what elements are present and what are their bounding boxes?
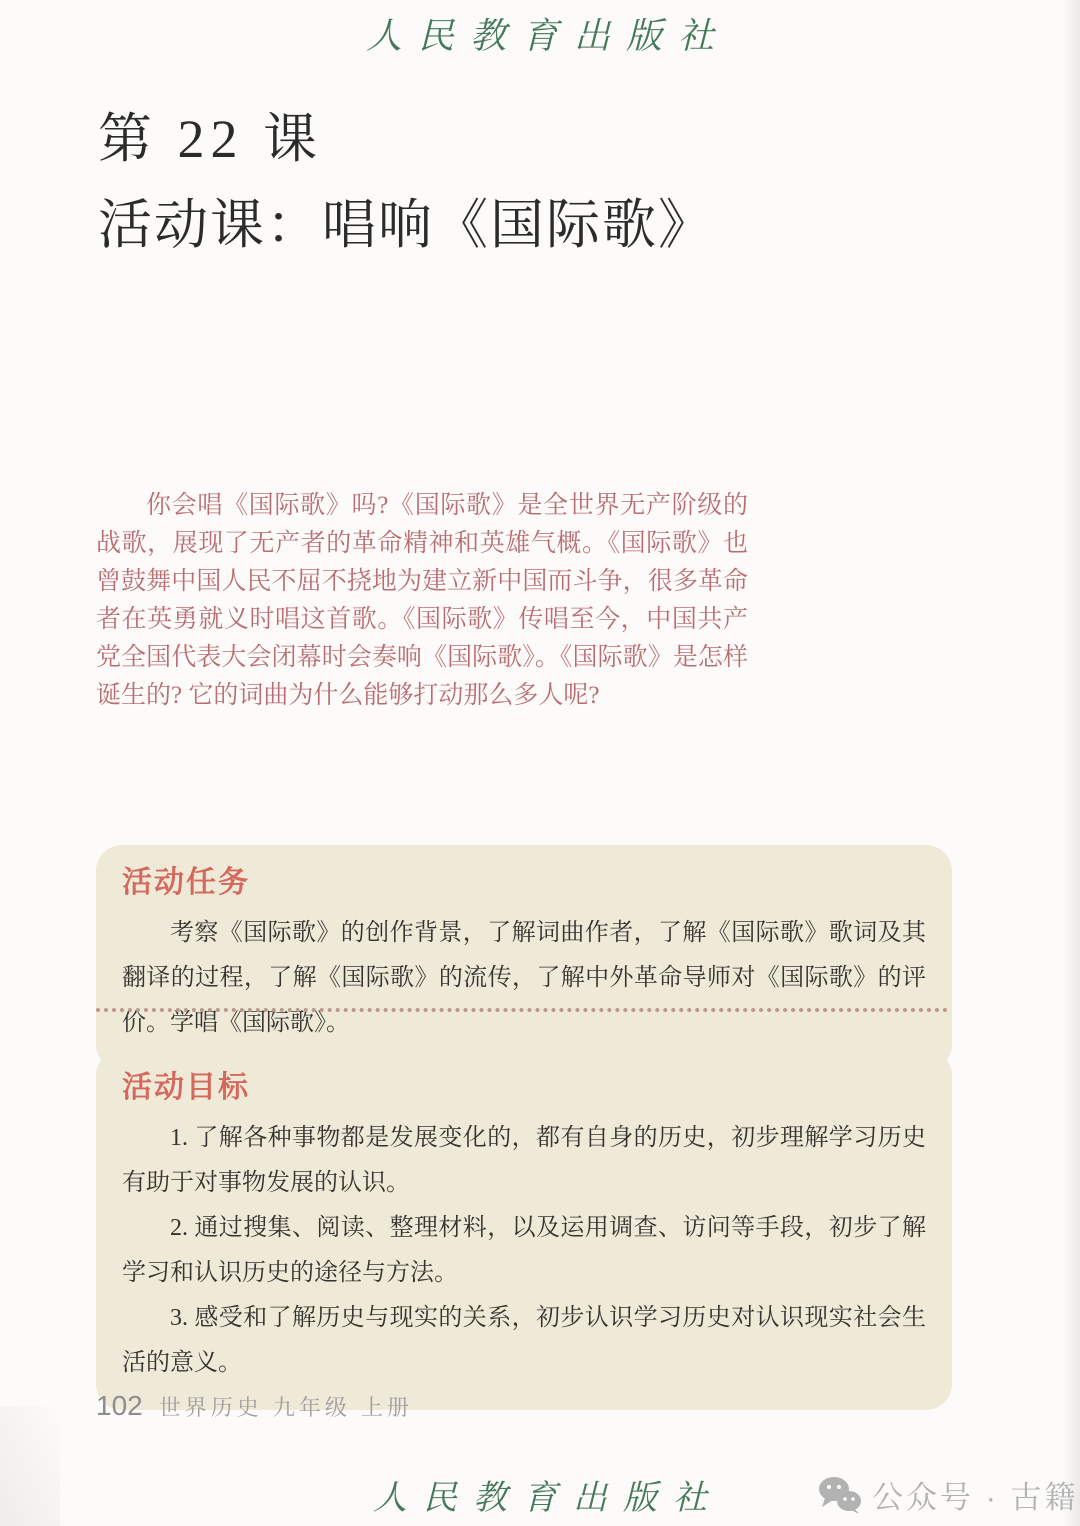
lesson-number: 第 22 课	[98, 104, 858, 174]
activity-goal-item-3: 3. 感受和了解历史与现实的关系，初步认识学习历史对认识现实社会生活的意义。	[122, 1296, 926, 1386]
activity-goal-item-2: 2. 通过搜集、阅读、整理材料，以及运用调查、访问等手段，初步了解学习和认识历史…	[122, 1206, 926, 1296]
lesson-title: 活动课：唱响《国际歌》	[98, 190, 858, 260]
intro-paragraph: 你会唱《国际歌》吗?《国际歌》是全世界无产阶级的战歌，展现了无产者的革命精神和英…	[96, 487, 748, 715]
activity-task-text: 考察《国际歌》的创作背景，了解词曲作者，了解《国际歌》歌词及其翻译的过程，了解《…	[122, 911, 926, 1046]
book-title: 世界历史 九年级 上册	[159, 1391, 413, 1422]
wechat-icon	[818, 1476, 862, 1514]
page-number: 102	[96, 1390, 143, 1422]
wechat-label: 公众号 · 古籍	[872, 1472, 1079, 1517]
dotted-divider	[96, 1008, 948, 1012]
activity-goal-heading: 活动目标	[122, 1068, 926, 1108]
textbook-page: 人民教育出版社 第 22 课 活动课：唱响《国际歌》 你会唱《国际歌》吗?《国际…	[0, 0, 1080, 1526]
scan-edge-shadow	[1062, 0, 1080, 1526]
publisher-logo-top: 人民教育出版社	[0, 8, 1080, 59]
activity-goal-item-1: 1. 了解各种事物都是发展变化的，都有自身的历史，初步理解学习历史有助于对事物发…	[122, 1116, 926, 1206]
page-footer: 102 世界历史 九年级 上册	[96, 1390, 413, 1422]
activity-task-heading: 活动任务	[122, 863, 926, 903]
lesson-title-block: 第 22 课 活动课：唱响《国际歌》	[98, 104, 858, 260]
wechat-watermark-badge: 公众号 · 古籍	[818, 1472, 1079, 1517]
activity-task-panel: 活动任务 考察《国际歌》的创作背景，了解词曲作者，了解《国际歌》歌词及其翻译的过…	[96, 845, 952, 1070]
activity-goal-panel: 活动目标 1. 了解各种事物都是发展变化的，都有自身的历史，初步理解学习历史有助…	[96, 1050, 952, 1410]
